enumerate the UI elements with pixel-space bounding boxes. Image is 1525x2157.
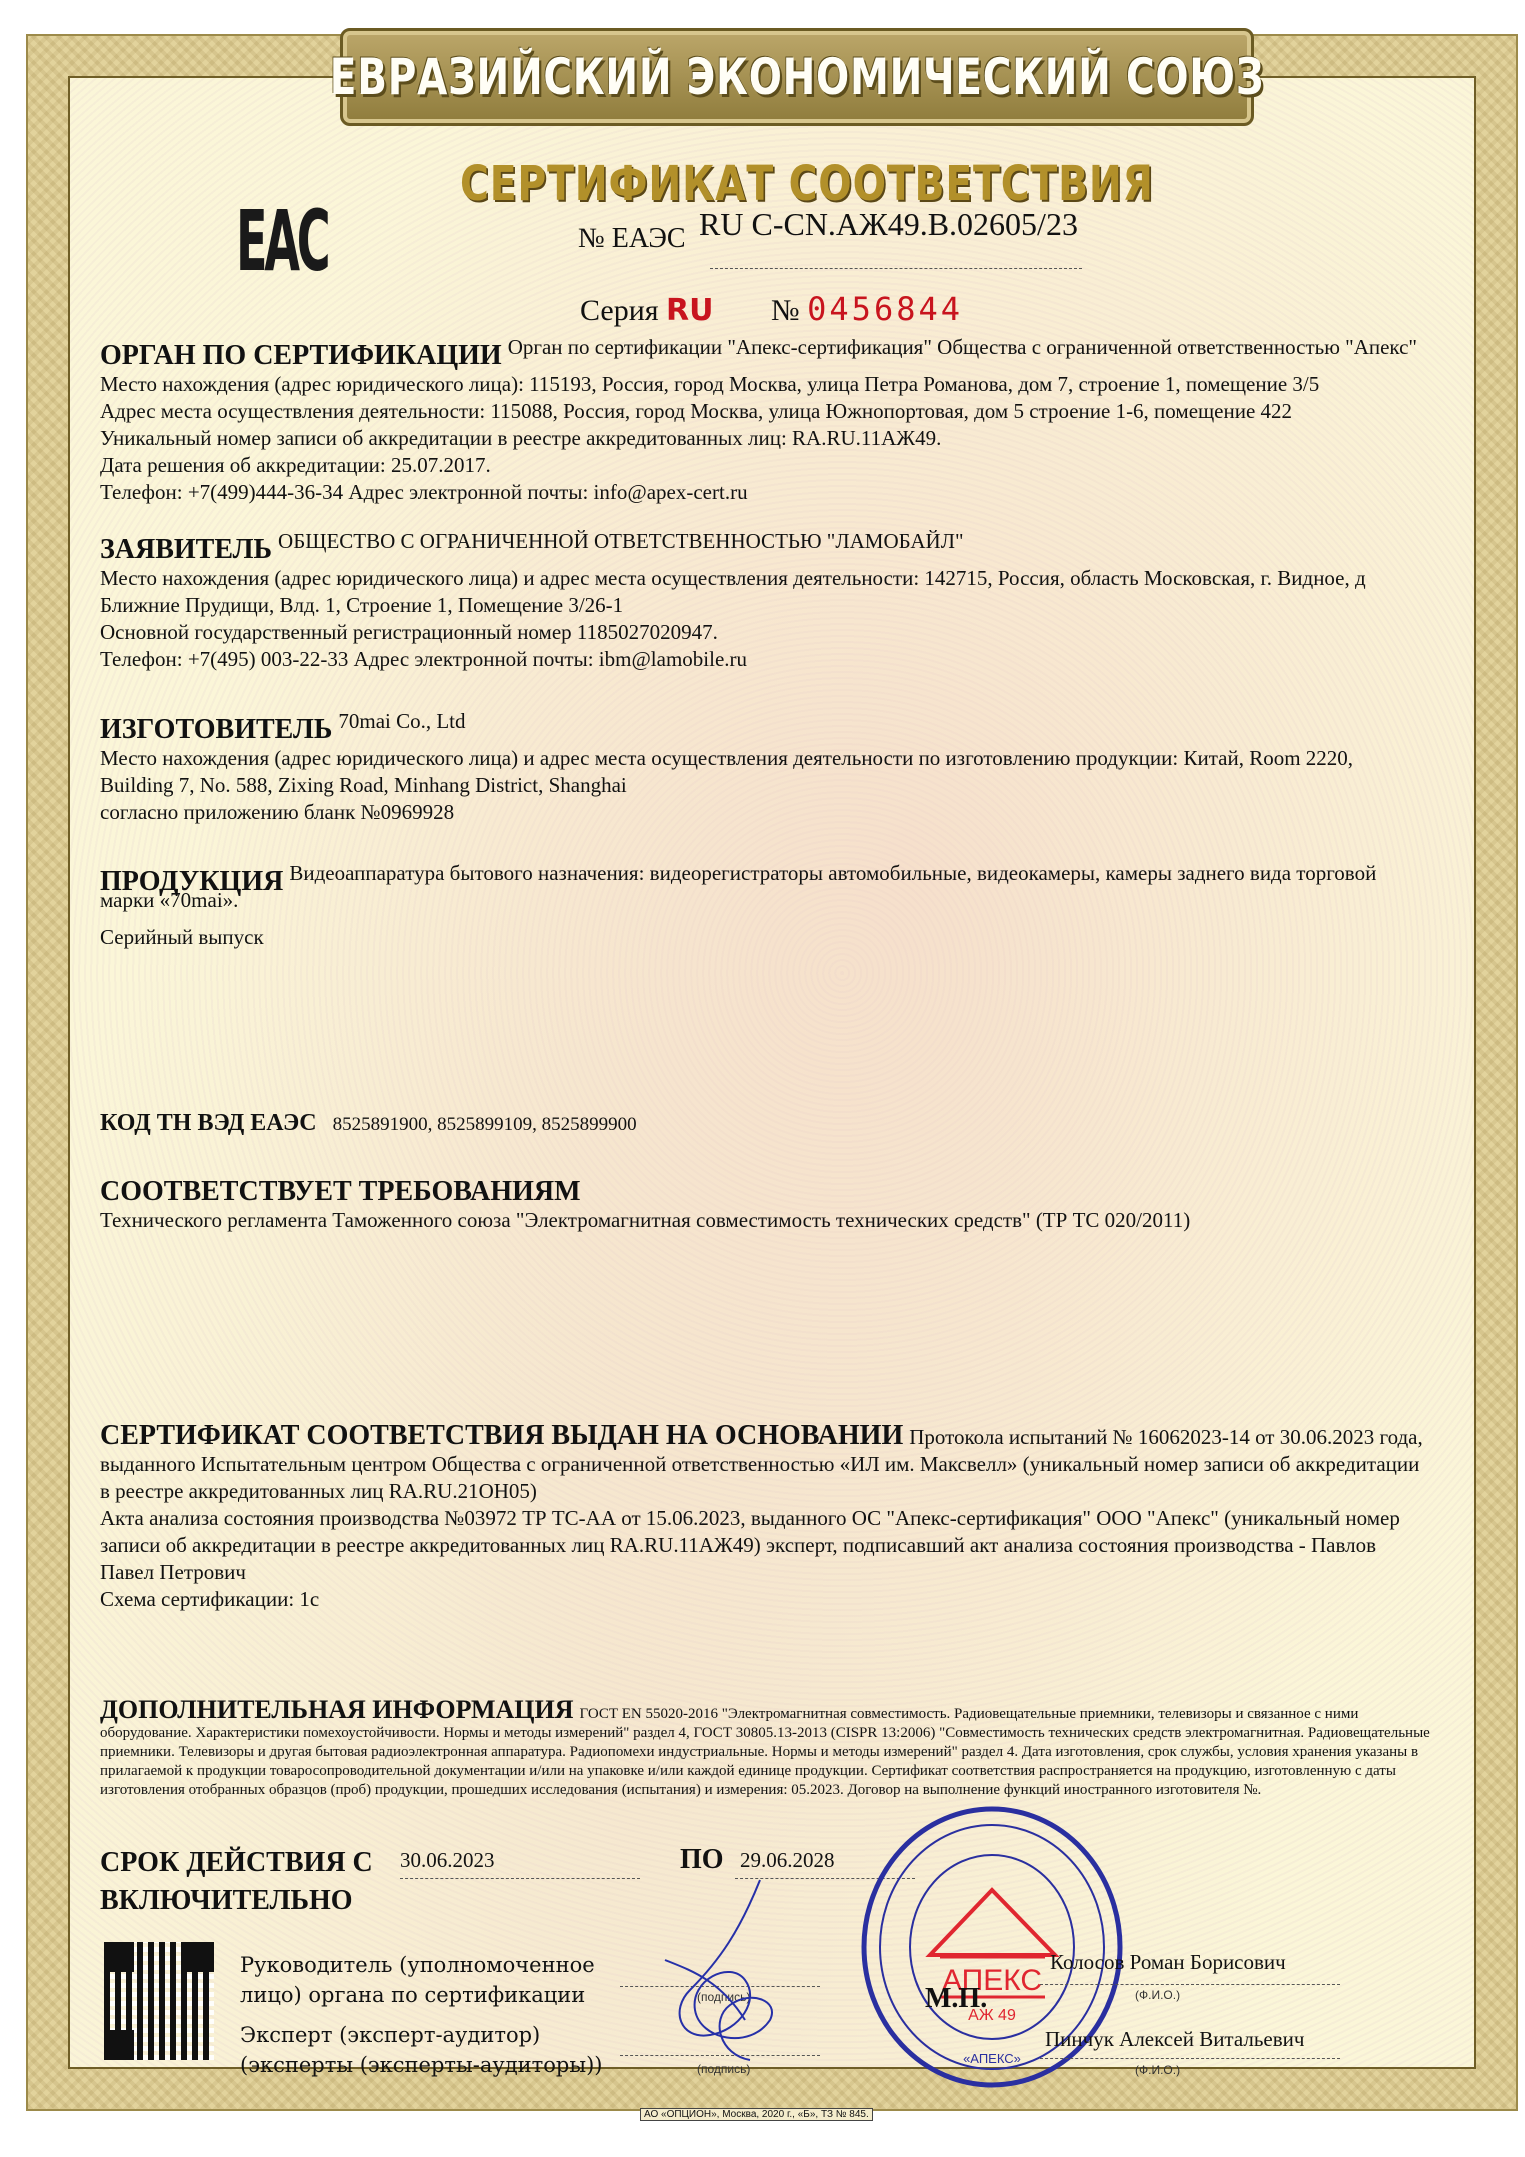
basis-line: Акта анализа состояния производства №039…: [100, 1505, 1430, 1586]
section-tn-ved: КОД ТН ВЭД ЕАЭС8525891900, 8525899109, 8…: [100, 1110, 1430, 1138]
basis-heading: СЕРТИФИКАТ СООТВЕТСТВИЯ ВЫДАН НА ОСНОВАН…: [100, 1420, 903, 1451]
certification-body-name: Орган по сертификации "Апекс-сертификаци…: [508, 335, 1417, 359]
printer-note: АО «ОПЦИОН», Москва, 2020 г., «Б», ТЗ № …: [640, 2108, 873, 2121]
applicant-heading: ЗАЯВИТЕЛЬ: [100, 534, 272, 565]
section-requirements: СООТВЕТСТВУЕТ ТРЕБОВАНИЯМ Технического р…: [100, 1178, 1430, 1234]
certification-body-line: Адрес места осуществления деятельности: …: [100, 398, 1430, 425]
manufacturer-name: 70mai Co., Ltd: [338, 709, 465, 733]
product-description: Видеоаппаратура бытового назначения: вид…: [100, 861, 1376, 912]
validity-from-label: СРОК ДЕЙСТВИЯ С: [100, 1844, 373, 1882]
certificate-number-value: RU C-CN.АЖ49.В.02605/23: [699, 206, 1078, 242]
blank-series: Серия RU № 0456844: [580, 290, 963, 328]
section-basis: СЕРТИФИКАТ СООТВЕТСТВИЯ ВЫДАН НА ОСНОВАН…: [100, 1422, 1430, 1613]
stamp-bottom-text: «АПЕКС»: [963, 2051, 1021, 2066]
eac-logo-icon: EAC: [236, 192, 327, 290]
manufacturer-line: Место нахождения (адрес юридического лиц…: [100, 745, 1430, 799]
section-manufacturer: ИЗГОТОВИТЕЛЬ70mai Co., Ltd Место нахожде…: [100, 716, 1430, 826]
qr-code[interactable]: [104, 1942, 214, 2060]
validity-period: СРОК ДЕЙСТВИЯ С ВКЛЮЧИТЕЛЬНО: [100, 1844, 373, 1920]
additional-info-heading: ДОПОЛНИТЕЛЬНАЯ ИНФОРМАЦИЯ: [100, 1695, 574, 1724]
certificate-title: СЕРТИФИКАТ СООТВЕТСТВИЯ: [460, 156, 1034, 212]
section-additional-info: ДОПОЛНИТЕЛЬНАЯ ИНФОРМАЦИЯГОСТ EN 55020-2…: [100, 1700, 1430, 1800]
head-name: Колосов Роман Борисович: [1050, 1950, 1286, 1975]
expert-name-underline: [1040, 2058, 1340, 2059]
tn-ved-heading: КОД ТН ВЭД ЕАЭС: [100, 1110, 317, 1136]
expert-label-line: Эксперт (эксперт-аудитор): [240, 2020, 602, 2050]
head-label-line: Руководитель (уполномоченное: [240, 1950, 602, 1980]
series-label: Серия: [580, 294, 659, 327]
section-product: ПРОДУКЦИЯВидеоаппаратура бытового назнач…: [100, 868, 1430, 951]
certification-body-heading: ОРГАН ПО СЕРТИФИКАЦИИ: [100, 340, 502, 371]
validity-from-underline: [400, 1878, 640, 1879]
blank-number-value: 0456844: [807, 290, 963, 328]
validity-from-date: 30.06.2023: [400, 1848, 495, 1873]
head-fio-caption: (Ф.И.О.): [1135, 1988, 1180, 2002]
requirements-heading: СООТВЕТСТВУЕТ ТРЕБОВАНИЯМ: [100, 1176, 581, 1207]
series-value: RU: [666, 293, 713, 328]
handwritten-signature-icon: [650, 1870, 790, 2070]
applicant-line: Основной государственный регистрационный…: [100, 619, 1430, 646]
applicant-line: Место нахождения (адрес юридического лиц…: [100, 565, 1430, 619]
certification-body-line: Телефон: +7(499)444-36-34 Адрес электрон…: [100, 479, 1430, 506]
certificate-number-label: № ЕАЭС: [578, 223, 686, 254]
head-label-line: лицо) органа по сертификации: [240, 1980, 602, 2010]
applicant-name: ОБЩЕСТВО С ОГРАНИЧЕННОЙ ОТВЕТСТВЕННОСТЬЮ…: [278, 529, 963, 553]
manufacturer-heading: ИЗГОТОВИТЕЛЬ: [100, 714, 332, 745]
head-name-underline: [1040, 1984, 1340, 1985]
section-certification-body: ОРГАН ПО СЕРТИФИКАЦИИОрган по сертификац…: [100, 342, 1430, 506]
stamp-mark-label: М.П.: [925, 1983, 987, 2015]
certification-body-line: Уникальный номер записи об аккредитации …: [100, 425, 1430, 452]
certification-body-line: Место нахождения (адрес юридического лиц…: [100, 371, 1430, 398]
expert-fio-caption: (Ф.И.О.): [1135, 2063, 1180, 2077]
applicant-line: Телефон: +7(495) 003-22-33 Адрес электро…: [100, 646, 1430, 673]
requirements-text: Технического регламента Таможенного союз…: [100, 1207, 1430, 1234]
certificate-number: № ЕАЭС RU C-CN.АЖ49.В.02605/23: [578, 218, 1078, 255]
certification-body-line: Дата решения об аккредитации: 25.07.2017…: [100, 452, 1430, 479]
validity-inclusive-label: ВКЛЮЧИТЕЛЬНО: [100, 1882, 373, 1920]
expert-name: Пинчук Алексей Витальевич: [1045, 2027, 1304, 2052]
tn-ved-codes: 8525891900, 8525899109, 8525899900: [333, 1114, 637, 1135]
manufacturer-line: согласно приложению бланк №0969928: [100, 799, 1430, 826]
blank-number-label: №: [771, 294, 800, 327]
expert-label-line: (эксперты (эксперты-аудиторы)): [240, 2050, 602, 2080]
union-banner-text: ЕВРАЗИЙСКИЙ ЭКОНОМИЧЕСКИЙ СОЮЗ: [330, 48, 1265, 106]
basis-line: Схема сертификации: 1с: [100, 1586, 1430, 1613]
section-applicant: ЗАЯВИТЕЛЬОБЩЕСТВО С ОГРАНИЧЕННОЙ ОТВЕТСТ…: [100, 536, 1430, 673]
signature-labels: Руководитель (уполномоченное лицо) орган…: [240, 1950, 602, 2080]
union-banner: ЕВРАЗИЙСКИЙ ЭКОНОМИЧЕСКИЙ СОЮЗ: [340, 28, 1254, 126]
certificate-number-underline: [710, 268, 1082, 269]
product-line: Серийный выпуск: [100, 924, 1430, 951]
